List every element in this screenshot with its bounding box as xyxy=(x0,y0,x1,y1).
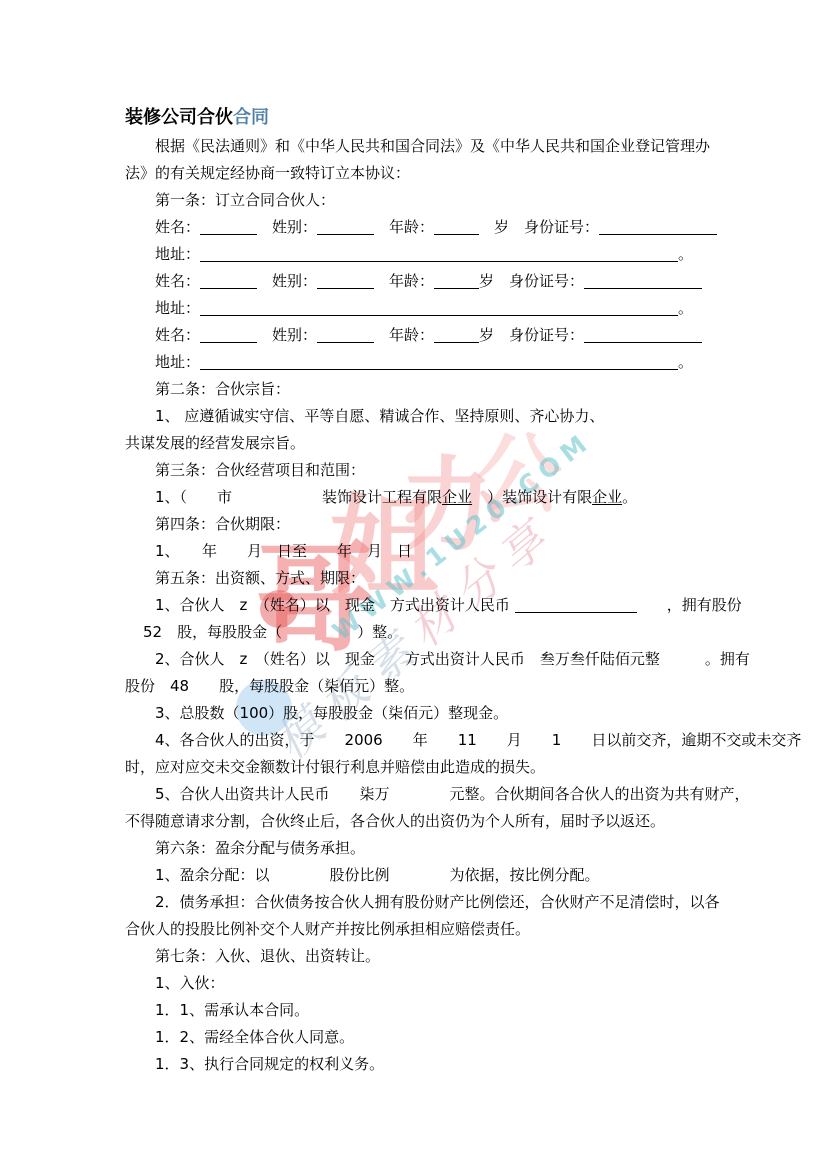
doc-line: 1、 年 月 日至 年 月 日 xyxy=(125,538,801,565)
doc-line: 合伙人的投股比例补交个人财产并按比例承担相应赔偿责任。 xyxy=(125,916,801,943)
blank-field xyxy=(515,596,637,613)
doc-text: 地址： xyxy=(155,353,200,371)
doc-text: 不得随意请求分割，合伙终止后，各合伙人的出资仍为个人所有，届时予以返还。 xyxy=(125,812,665,830)
doc-line: 1．3、执行合同规定的权利义务。 xyxy=(125,1051,801,1078)
blank-field xyxy=(434,326,479,343)
doc-line: 第七条：入伙、退伙、出资转让。 xyxy=(125,943,801,970)
doc-text: 法》的有关规定经协商一致特订立本协议： xyxy=(125,164,410,182)
doc-text: 岁 身份证号： xyxy=(479,326,584,344)
doc-text: 姓别： xyxy=(257,218,317,236)
title-text: 装修公司合伙 xyxy=(125,107,233,128)
doc-text: 52 股，每股股金（ ）整。 xyxy=(143,623,402,641)
doc-line: 2．债务承担：合伙债务按合伙人拥有股份财产比例偿还，合伙财产不足清偿时，以各 xyxy=(125,889,801,916)
doc-text: 地址： xyxy=(155,299,200,317)
doc-text: 1、 年 月 日至 年 月 日 xyxy=(155,542,412,560)
doc-line: 2、合伙人 z （姓名）以 现金 方式出资计人民币 叁万叁仟陆佰元整 。拥有 xyxy=(125,646,801,673)
doc-text: 1、盈余分配：以 股份比例 为依据，按比例分配。 xyxy=(155,866,600,884)
doc-text: 地址： xyxy=(155,245,200,263)
doc-text: ）装饰设计有限 xyxy=(472,488,592,506)
underlined-text: 企业 xyxy=(592,488,622,506)
doc-line: 1．1、需承认本合同。 xyxy=(125,997,801,1024)
blank-field xyxy=(200,353,678,370)
blank-field xyxy=(200,245,678,262)
document-page: 哥 姐 办 公 WWW.1U20.COM 模板素材分享 装修公司合伙合同 根据《… xyxy=(0,0,827,1169)
doc-text: 2、合伙人 z （姓名）以 现金 方式出资计人民币 叁万叁仟陆佰元整 。拥有 xyxy=(155,650,750,668)
doc-line: 1、入伙： xyxy=(125,970,801,997)
blank-field xyxy=(317,326,374,343)
blank-field xyxy=(317,272,374,289)
doc-text: 。 xyxy=(678,299,693,317)
doc-line: 5、合伙人出资共计人民币 柒万 元整。合伙期间各合伙人的出资为共有财产， xyxy=(125,781,801,808)
doc-line: 第一条：订立合同合伙人： xyxy=(125,187,801,214)
doc-line: 地址：。 xyxy=(125,241,801,268)
doc-line: 第五条：出资额、方式、期限： xyxy=(125,565,801,592)
title-highlight: 合同 xyxy=(233,107,269,128)
blank-field xyxy=(599,218,717,235)
doc-text: 1．2、需经全体合伙人同意。 xyxy=(155,1028,354,1046)
blank-field xyxy=(317,218,374,235)
doc-text: 时，应对应交未交金额数计付银行利息并赔偿由此造成的损失。 xyxy=(125,758,545,776)
blank-field xyxy=(200,326,257,343)
doc-text: 1、 应遵循诚实守信、平等自愿、精诚合作、坚持原则、齐心协力、 xyxy=(155,407,604,425)
doc-line: 股份 48 股，每股股金（柒佰元）整。 xyxy=(125,673,801,700)
doc-line: 法》的有关规定经协商一致特订立本协议： xyxy=(125,160,801,187)
doc-line: 1、盈余分配：以 股份比例 为依据，按比例分配。 xyxy=(125,862,801,889)
doc-line: 第六条：盈余分配与债务承担。 xyxy=(125,835,801,862)
doc-text: 姓名： xyxy=(155,272,200,290)
doc-text: 第三条：合伙经营项目和范围： xyxy=(155,461,365,479)
document-title: 装修公司合伙合同 xyxy=(125,103,269,129)
doc-text: 3、总股数（100）股，每股股金（柒佰元）整现金。 xyxy=(155,704,508,722)
doc-text: 姓名： xyxy=(155,326,200,344)
doc-text: 岁 身份证号： xyxy=(479,272,584,290)
doc-line: 姓名： 姓别： 年龄： 岁 身份证号： xyxy=(125,214,801,241)
doc-line: 共谋发展的经营发展宗旨。 xyxy=(125,430,801,457)
doc-text: 姓别： xyxy=(257,272,317,290)
doc-text: 年龄： xyxy=(374,218,434,236)
doc-line: 不得随意请求分割，合伙终止后，各合伙人的出资仍为个人所有，届时予以返还。 xyxy=(125,808,801,835)
doc-text: 股份 48 股，每股股金（柒佰元）整。 xyxy=(125,677,414,695)
doc-text: 第五条：出资额、方式、期限： xyxy=(155,569,365,587)
doc-line: 根据《民法通则》和《中华人民共和国合同法》及《中华人民共和国企业登记管理办 xyxy=(125,133,801,160)
doc-line: 1、 应遵循诚实守信、平等自愿、精诚合作、坚持原则、齐心协力、 xyxy=(125,403,801,430)
blank-field xyxy=(434,272,479,289)
underlined-text: 企业 xyxy=(442,488,472,506)
doc-line: 1．2、需经全体合伙人同意。 xyxy=(125,1024,801,1051)
doc-text: 第七条：入伙、退伙、出资转让。 xyxy=(155,947,380,965)
blank-field xyxy=(584,326,702,343)
doc-line: 第四条：合伙期限： xyxy=(125,511,801,538)
doc-text: 1、合伙人 z （姓名）以 现金 方式出资计人民币 xyxy=(155,596,515,614)
doc-lines: 根据《民法通则》和《中华人民共和国合同法》及《中华人民共和国企业登记管理办法》的… xyxy=(125,133,801,1078)
blank-field xyxy=(584,272,702,289)
doc-text: 1．1、需承认本合同。 xyxy=(155,1001,309,1019)
doc-line: 1、合伙人 z （姓名）以 现金 方式出资计人民币 ，拥有股份 xyxy=(125,592,801,619)
doc-line: 时，应对应交未交金额数计付银行利息并赔偿由此造成的损失。 xyxy=(125,754,801,781)
doc-line: 第二条：合伙宗旨： xyxy=(125,376,801,403)
doc-text: 年龄： xyxy=(374,272,434,290)
doc-text: 。 xyxy=(678,353,693,371)
doc-line: 第三条：合伙经营项目和范围： xyxy=(125,457,801,484)
doc-text: ，拥有股份 xyxy=(637,596,742,614)
doc-text: 1．3、执行合同规定的权利义务。 xyxy=(155,1055,384,1073)
doc-line: 1、（ 市 装饰设计工程有限企业 ）装饰设计有限企业。 xyxy=(125,484,801,511)
doc-line: 地址：。 xyxy=(125,349,801,376)
blank-field xyxy=(200,272,257,289)
doc-text: 年龄： xyxy=(374,326,434,344)
doc-line: 姓名： 姓别： 年龄：岁 身份证号： xyxy=(125,268,801,295)
doc-line: 3、总股数（100）股，每股股金（柒佰元）整现金。 xyxy=(125,700,801,727)
blank-field xyxy=(200,218,257,235)
doc-text: 姓名： xyxy=(155,218,200,236)
doc-text: 合伙人的投股比例补交个人财产并按比例承担相应赔偿责任。 xyxy=(125,920,530,938)
doc-text: 第一条：订立合同合伙人： xyxy=(155,191,335,209)
doc-text: 。 xyxy=(622,488,637,506)
doc-text: 1、（ 市 装饰设计工程有限 xyxy=(155,488,442,506)
blank-field xyxy=(200,299,678,316)
doc-text: 共谋发展的经营发展宗旨。 xyxy=(125,434,305,452)
doc-text: 第四条：合伙期限： xyxy=(155,515,290,533)
doc-text: 4、各合伙人的出资，于 2006 年 11 月 1 日以前交齐，逾期不交或未交齐 xyxy=(155,731,801,749)
doc-line: 52 股，每股股金（ ）整。 xyxy=(125,619,801,646)
doc-text: 。 xyxy=(678,245,693,263)
doc-text: 姓别： xyxy=(257,326,317,344)
doc-line: 姓名： 姓别： 年龄：岁 身份证号： xyxy=(125,322,801,349)
doc-text: 第六条：盈余分配与债务承担。 xyxy=(155,839,365,857)
doc-line: 地址：。 xyxy=(125,295,801,322)
doc-text: 1、入伙： xyxy=(155,974,225,992)
doc-text: 根据《民法通则》和《中华人民共和国合同法》及《中华人民共和国企业登记管理办 xyxy=(155,137,710,155)
doc-text: 第二条：合伙宗旨： xyxy=(155,380,290,398)
blank-field xyxy=(434,218,479,235)
doc-text: 2．债务承担：合伙债务按合伙人拥有股份财产比例偿还，合伙财产不足清偿时，以各 xyxy=(155,893,720,911)
doc-line: 4、各合伙人的出资，于 2006 年 11 月 1 日以前交齐，逾期不交或未交齐 xyxy=(125,727,801,754)
doc-text: 岁 身份证号： xyxy=(479,218,599,236)
doc-text: 5、合伙人出资共计人民币 柒万 元整。合伙期间各合伙人的出资为共有财产， xyxy=(155,785,750,803)
